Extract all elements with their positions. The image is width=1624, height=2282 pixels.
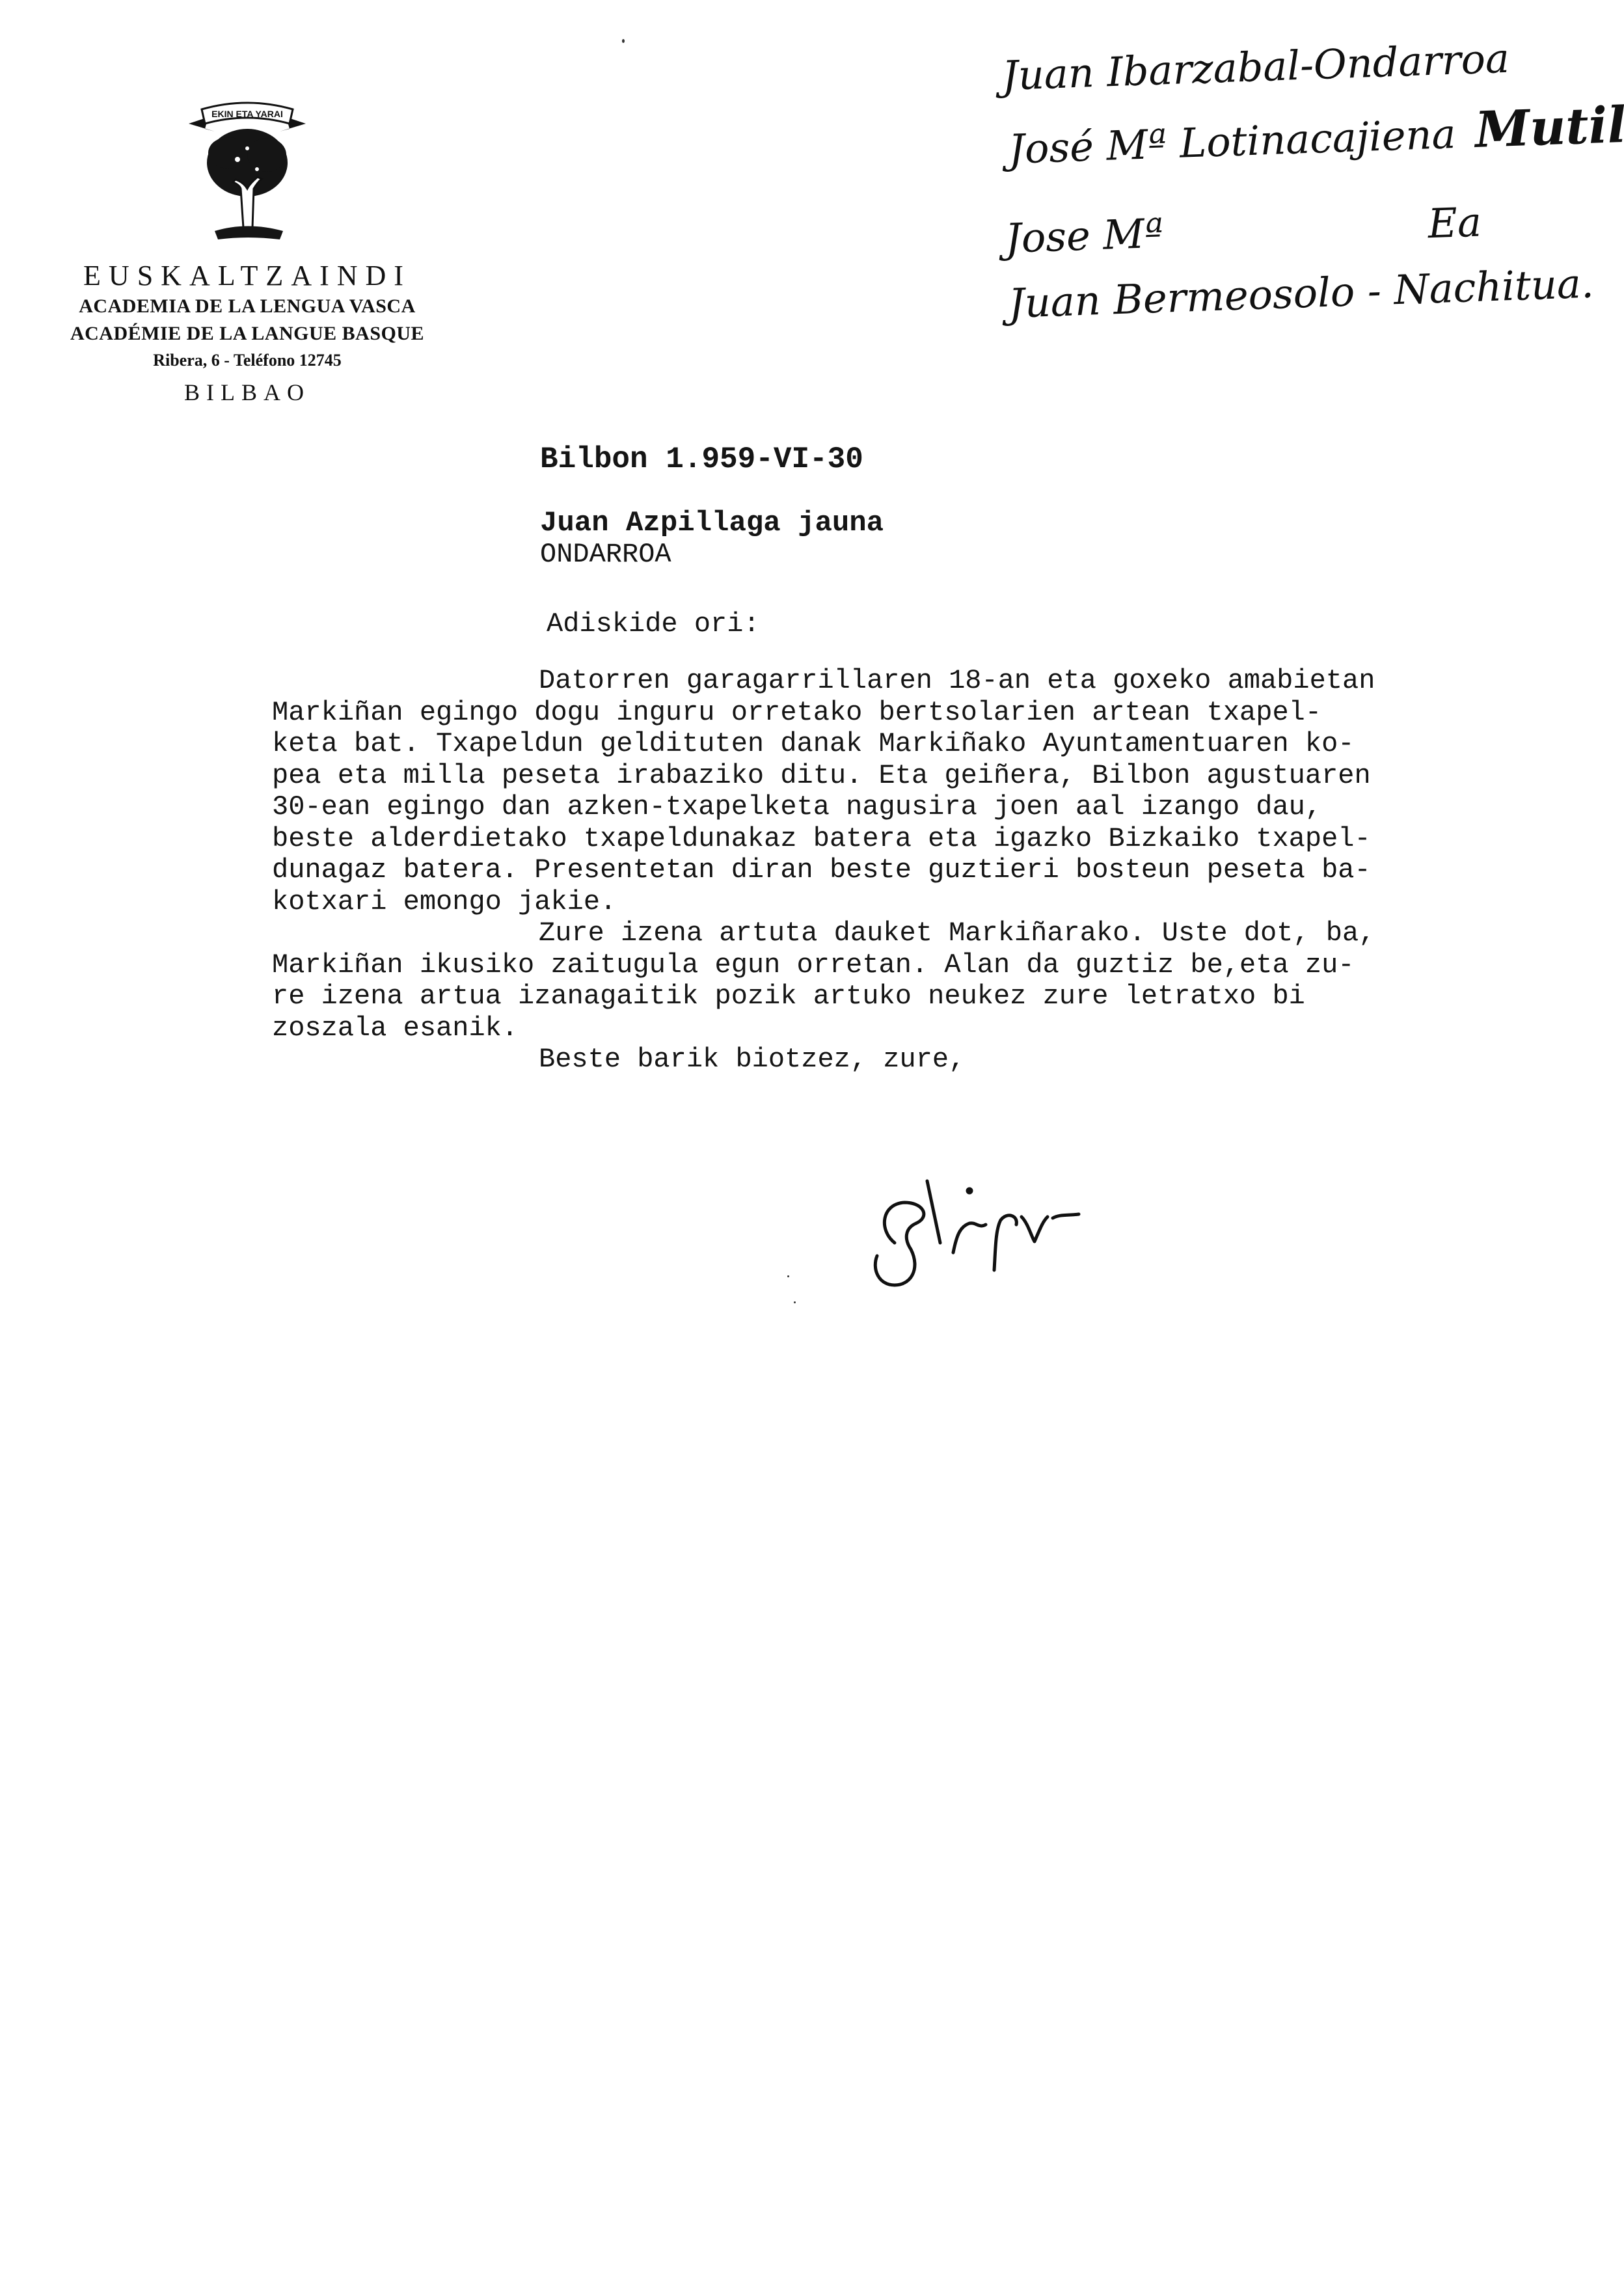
handwritten-note: José Mª LotinacajienaMutiloga xyxy=(1007,92,1624,175)
letter-body: Datorren garagarrillaren 18-an eta goxek… xyxy=(272,665,1624,1076)
note-text-right: Ea xyxy=(1427,198,1482,247)
subtitle-french: ACADÉMIE DE LA LANGUE BASQUE xyxy=(62,320,433,347)
address-line: Ribera, 6 - Teléfono 12745 xyxy=(62,347,433,374)
recipient-block: Juan Azpillaga jauna ONDARROA xyxy=(540,508,884,570)
handwritten-note: Juan Ibarzabal-Ondarroa xyxy=(1001,34,1510,100)
handwritten-note: Juan Bermeosolo - Nachitua. xyxy=(1008,260,1595,327)
letterhead: EKIN ETA YARAI EUSKALTZAINDI ACADEMIA DE… xyxy=(62,98,433,409)
scan-speck xyxy=(794,1301,796,1303)
subtitle-spanish: ACADEMIA DE LA LENGUA VASCA xyxy=(62,293,433,320)
paragraph-line: kotxari emongo jakie. xyxy=(272,886,1624,918)
note-text-right: Mutiloga xyxy=(1474,92,1624,159)
paragraph-line: keta bat. Txapeldun geldituten danak Mar… xyxy=(272,728,1624,760)
paragraph-line: Markiñan egingo dogu inguru orretako ber… xyxy=(272,697,1624,729)
paragraph-line: beste alderdietako txapeldunakaz batera … xyxy=(272,823,1624,855)
paragraph-line: 30-ean egingo dan azken-txapelketa nagus… xyxy=(272,791,1624,823)
city-line: BILBAO xyxy=(62,376,433,409)
note-text: Juan Bermeosolo - Nachitua. xyxy=(1008,260,1595,327)
letter-date: Bilbon 1.959-VI-30 xyxy=(540,442,863,476)
paragraph-line: pea eta milla peseta irabaziko ditu. Eta… xyxy=(272,760,1624,792)
recipient-place: ONDARROA xyxy=(540,539,884,570)
oak-tree-logo-icon: EKIN ETA YARAI xyxy=(176,98,319,247)
paragraph-line: Datorren garagarrillaren 18-an eta goxek… xyxy=(272,665,1624,697)
scan-speck xyxy=(622,39,625,43)
handwritten-note: Jose MªEa xyxy=(1005,210,1165,262)
letter-page: EKIN ETA YARAI EUSKALTZAINDI ACADEMIA DE… xyxy=(0,0,1624,2282)
svg-text:EKIN ETA YARAI: EKIN ETA YARAI xyxy=(211,109,283,119)
closing-line: Beste barik biotzez, zure, xyxy=(272,1044,1624,1076)
greeting: Adiskide ori: xyxy=(547,608,760,640)
note-text: Juan Ibarzabal-Ondarroa xyxy=(1001,34,1510,100)
note-text: José Mª Lotinacajiena xyxy=(1008,110,1457,173)
paragraph-line: dunagaz batera. Presentetan diran beste … xyxy=(272,854,1624,886)
paragraph-line: Zure izena artuta dauket Markiñarako. Us… xyxy=(272,917,1624,949)
paragraph-line: Markiñan ikusiko zaitugula egun orretan.… xyxy=(272,949,1624,981)
note-text: Jose Mª xyxy=(1005,210,1165,262)
organization-name: EUSKALTZAINDI xyxy=(62,259,433,293)
recipient-name: Juan Azpillaga jauna xyxy=(540,508,884,539)
paragraph-line: zoszala esanik. xyxy=(272,1012,1624,1044)
signature-icon: Ojior xyxy=(833,1152,1106,1295)
scan-speck xyxy=(787,1275,789,1277)
paragraph-line: re izena artua izanagaitik pozik artuko … xyxy=(272,981,1624,1012)
